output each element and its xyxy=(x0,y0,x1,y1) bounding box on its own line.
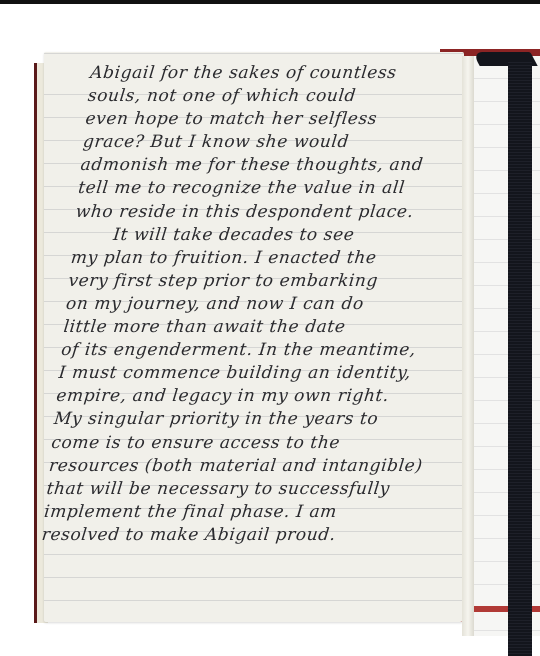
text-line: admonish me for these thoughts, and xyxy=(79,154,481,177)
text-line: My singular priority in the years to xyxy=(53,408,455,431)
text-line: tell me to recognize the value in all xyxy=(77,177,479,200)
top-border xyxy=(0,0,540,4)
text-line: implement the final phase. I am xyxy=(43,501,445,524)
text-line: who reside in this despondent place. xyxy=(74,201,476,224)
text-line: even hope to match her selfless xyxy=(84,108,486,131)
text-line: very first step prior to embarking xyxy=(67,270,469,293)
text-line: of its engenderment. In the meantime, xyxy=(60,339,462,362)
text-line: It will take decades to see xyxy=(72,224,474,247)
handwritten-text: Abigail for the sakes of countless souls… xyxy=(41,62,492,547)
text-line: empire, and legacy in my own right. xyxy=(55,385,457,408)
text-line: on my journey, and now I can do xyxy=(65,293,467,316)
text-line: resolved to make Abigail proud. xyxy=(41,524,443,547)
text-line: little more than await the date xyxy=(62,316,464,339)
text-line: that will be necessary to successfully xyxy=(45,478,447,501)
text-line: grace? But I know she would xyxy=(82,131,484,154)
ribbon-bookmark xyxy=(508,60,532,656)
text-line: souls, not one of which could xyxy=(87,85,489,108)
text-line: my plan to fruition. I enacted the xyxy=(70,247,472,270)
text-line: come is to ensure access to the xyxy=(50,432,452,455)
text-line: resources (both material and intangible) xyxy=(48,455,450,478)
text-line: I must commence building an identity, xyxy=(58,362,460,385)
text-line: Abigail for the sakes of countless xyxy=(89,62,491,85)
